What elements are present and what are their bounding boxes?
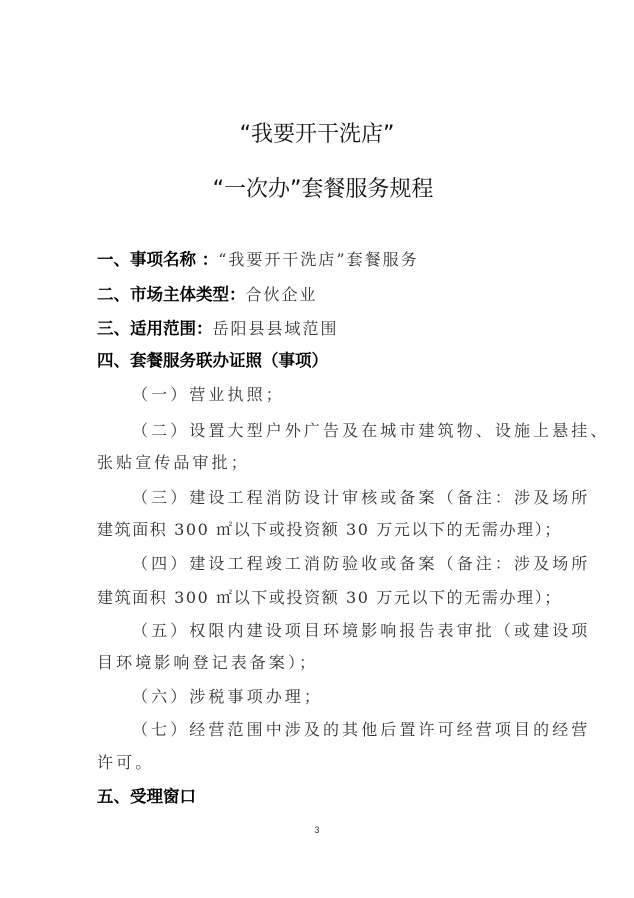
list-item-6: （六）涉税事项办理； <box>132 686 592 708</box>
list-item-3-line1: （三）建设工程消防设计审核或备案（备注：涉及场所 <box>132 487 592 509</box>
list-item-4-line1: （四）建设工程竣工消防验收或备案（备注：涉及场所 <box>132 553 592 575</box>
section-scope: 三、适用范围：岳阳县县域范围 <box>97 318 557 340</box>
list-item-2-line1: （二）设置大型户外广告及在城市建筑物、设施上悬挂、 <box>132 420 592 442</box>
section-heading: 四、套餐服务联办证照（事项） <box>97 351 328 370</box>
section-licenses: 四、套餐服务联办证照（事项） <box>97 350 557 372</box>
list-item-3-line2: 建筑面积 300 ㎡以下或投资额 30 万元以下的无需办理）； <box>97 519 557 541</box>
list-item-7-line2: 许可。 <box>97 752 557 774</box>
document-title-line2: “一次办”套餐服务规程 <box>0 172 634 203</box>
document-title-line1: “我要开干洗店” <box>0 117 634 148</box>
page-number: 3 <box>0 825 634 835</box>
document-page: “我要开干洗店” “一次办”套餐服务规程 一、事项名称 ：“我要开干洗店”套餐服… <box>0 0 634 898</box>
section-heading: 二、市场主体类型： <box>97 285 246 304</box>
section-acceptance-window: 五、受理窗口 <box>97 786 557 808</box>
section-value: 合伙企业 <box>246 285 318 304</box>
list-item-5-line2: 目环境影响登记表备案）； <box>97 652 557 674</box>
list-item-4-line2: 建筑面积 300 ㎡以下或投资额 30 万元以下的无需办理）； <box>97 587 557 609</box>
section-item-name: 一、事项名称 ：“我要开干洗店”套餐服务 <box>97 249 557 271</box>
section-value: “我要开干洗店”套餐服务 <box>218 250 418 269</box>
section-heading: 一、事项名称 ： <box>97 250 218 269</box>
section-heading: 三、适用范围： <box>97 319 213 338</box>
section-heading: 五、受理窗口 <box>97 787 196 806</box>
section-value: 岳阳县县域范围 <box>213 319 339 338</box>
list-item-5-line1: （五）权限内建设项目环境影响报告表审批（或建设项 <box>132 620 592 642</box>
list-item-2-line2: 张贴宣传品审批； <box>97 452 557 474</box>
section-market-entity-type: 二、市场主体类型：合伙企业 <box>97 284 557 306</box>
list-item-7-line1: （七）经营范围中涉及的其他后置许可经营项目的经营 <box>132 719 592 741</box>
list-item-1: （一）营业执照； <box>132 384 592 406</box>
